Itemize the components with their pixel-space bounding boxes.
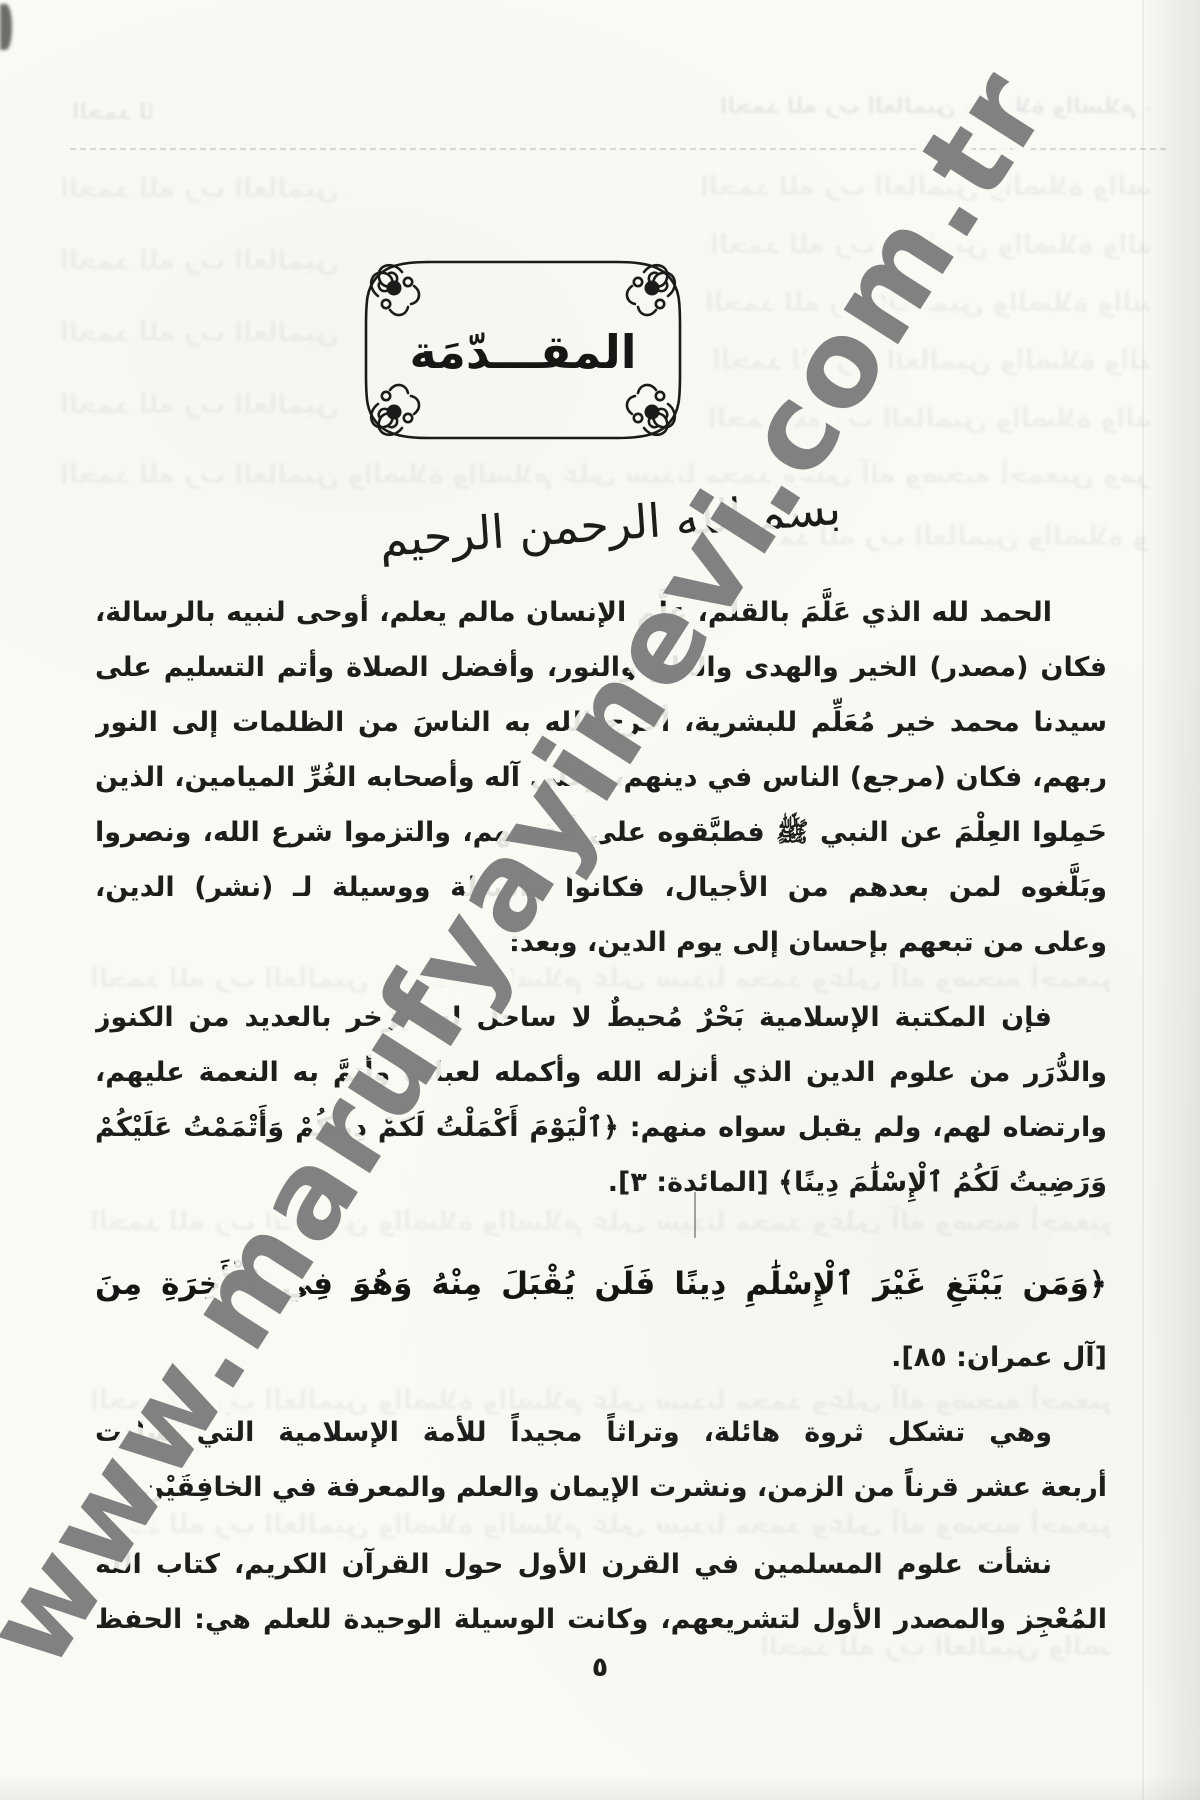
- body-line: والدُّرَر من علوم الدين الذي أنزله الله …: [95, 1045, 1107, 1101]
- body-line: وبَلَّغوه لمن بعدهم من الأجيال، فكانوا و…: [95, 860, 1107, 916]
- body-line: حَمِلوا العِلْمَ عن النبي ﷺ فطبَّقوه على…: [95, 805, 1107, 861]
- quran-verse-text: ﴿وَمَن يَبْتَغِ غَيْرَ ٱلْإِسْلَٰمِ دِين…: [95, 1266, 1107, 1320]
- body-line: أربعة عشر قرناً من الزمن، ونشرت الإيمان …: [95, 1460, 1107, 1516]
- body-line: فكان (مصدر) الخير والهدى والعلم والنور، …: [95, 640, 1107, 696]
- body-line: فإن المكتبة الإسلامية بَحْرٌ مُحيطٌ لا س…: [95, 990, 1107, 1046]
- page-number: ٥: [0, 1652, 1200, 1683]
- page-edge-line: [1142, 0, 1144, 1800]
- scanned-book-page: الحمد لله رب العالمين والصلاة والسلام عل…: [0, 0, 1200, 1800]
- body-line: سيدنا محمد خير مُعَلِّم للبشرية، أخرج ال…: [95, 695, 1107, 751]
- body-line: وعلى من تبعهم بإحسان إلى يوم الدين، وبعد…: [95, 915, 1107, 971]
- body-line: ربهم، فكان (مرجع) الناس في دينهم، وعلى آ…: [95, 750, 1107, 806]
- page-edge-shadow: [1142, 0, 1200, 1800]
- body-line: الحمد لله الذي عَلَّمَ بالقلم، علَّم الإ…: [95, 585, 1107, 641]
- verse-citation: [آل عمران: ٨٥].: [95, 1330, 1107, 1386]
- body-line: وارتضاه لهم، ولم يقبل سواه منهم: ﴿ٱلْيَو…: [95, 1100, 1107, 1156]
- quran-verse-line: ﴿وَمَن يَبْتَغِ غَيْرَ ٱلْإِسْلَٰمِ دِين…: [95, 1248, 1107, 1320]
- body-line: المُعْجِز والمصدر الأول لتشريعهم، وكانت …: [95, 1592, 1107, 1648]
- body-line: نشأت علوم المسلمين في القرن الأول حول ال…: [95, 1537, 1107, 1593]
- body-text-column: الحمد لله الذي عَلَّمَ بالقلم، علَّم الإ…: [95, 0, 1107, 1800]
- scan-smudge: [0, 4, 12, 50]
- body-line: وَرَضِيتُ لَكُمُ ٱلْإِسْلَٰمَ دِينًا﴾ [ا…: [95, 1155, 1107, 1211]
- body-line: وهي تشكل ثروة هائلة، وتراثاً مجيداً للأم…: [95, 1405, 1107, 1461]
